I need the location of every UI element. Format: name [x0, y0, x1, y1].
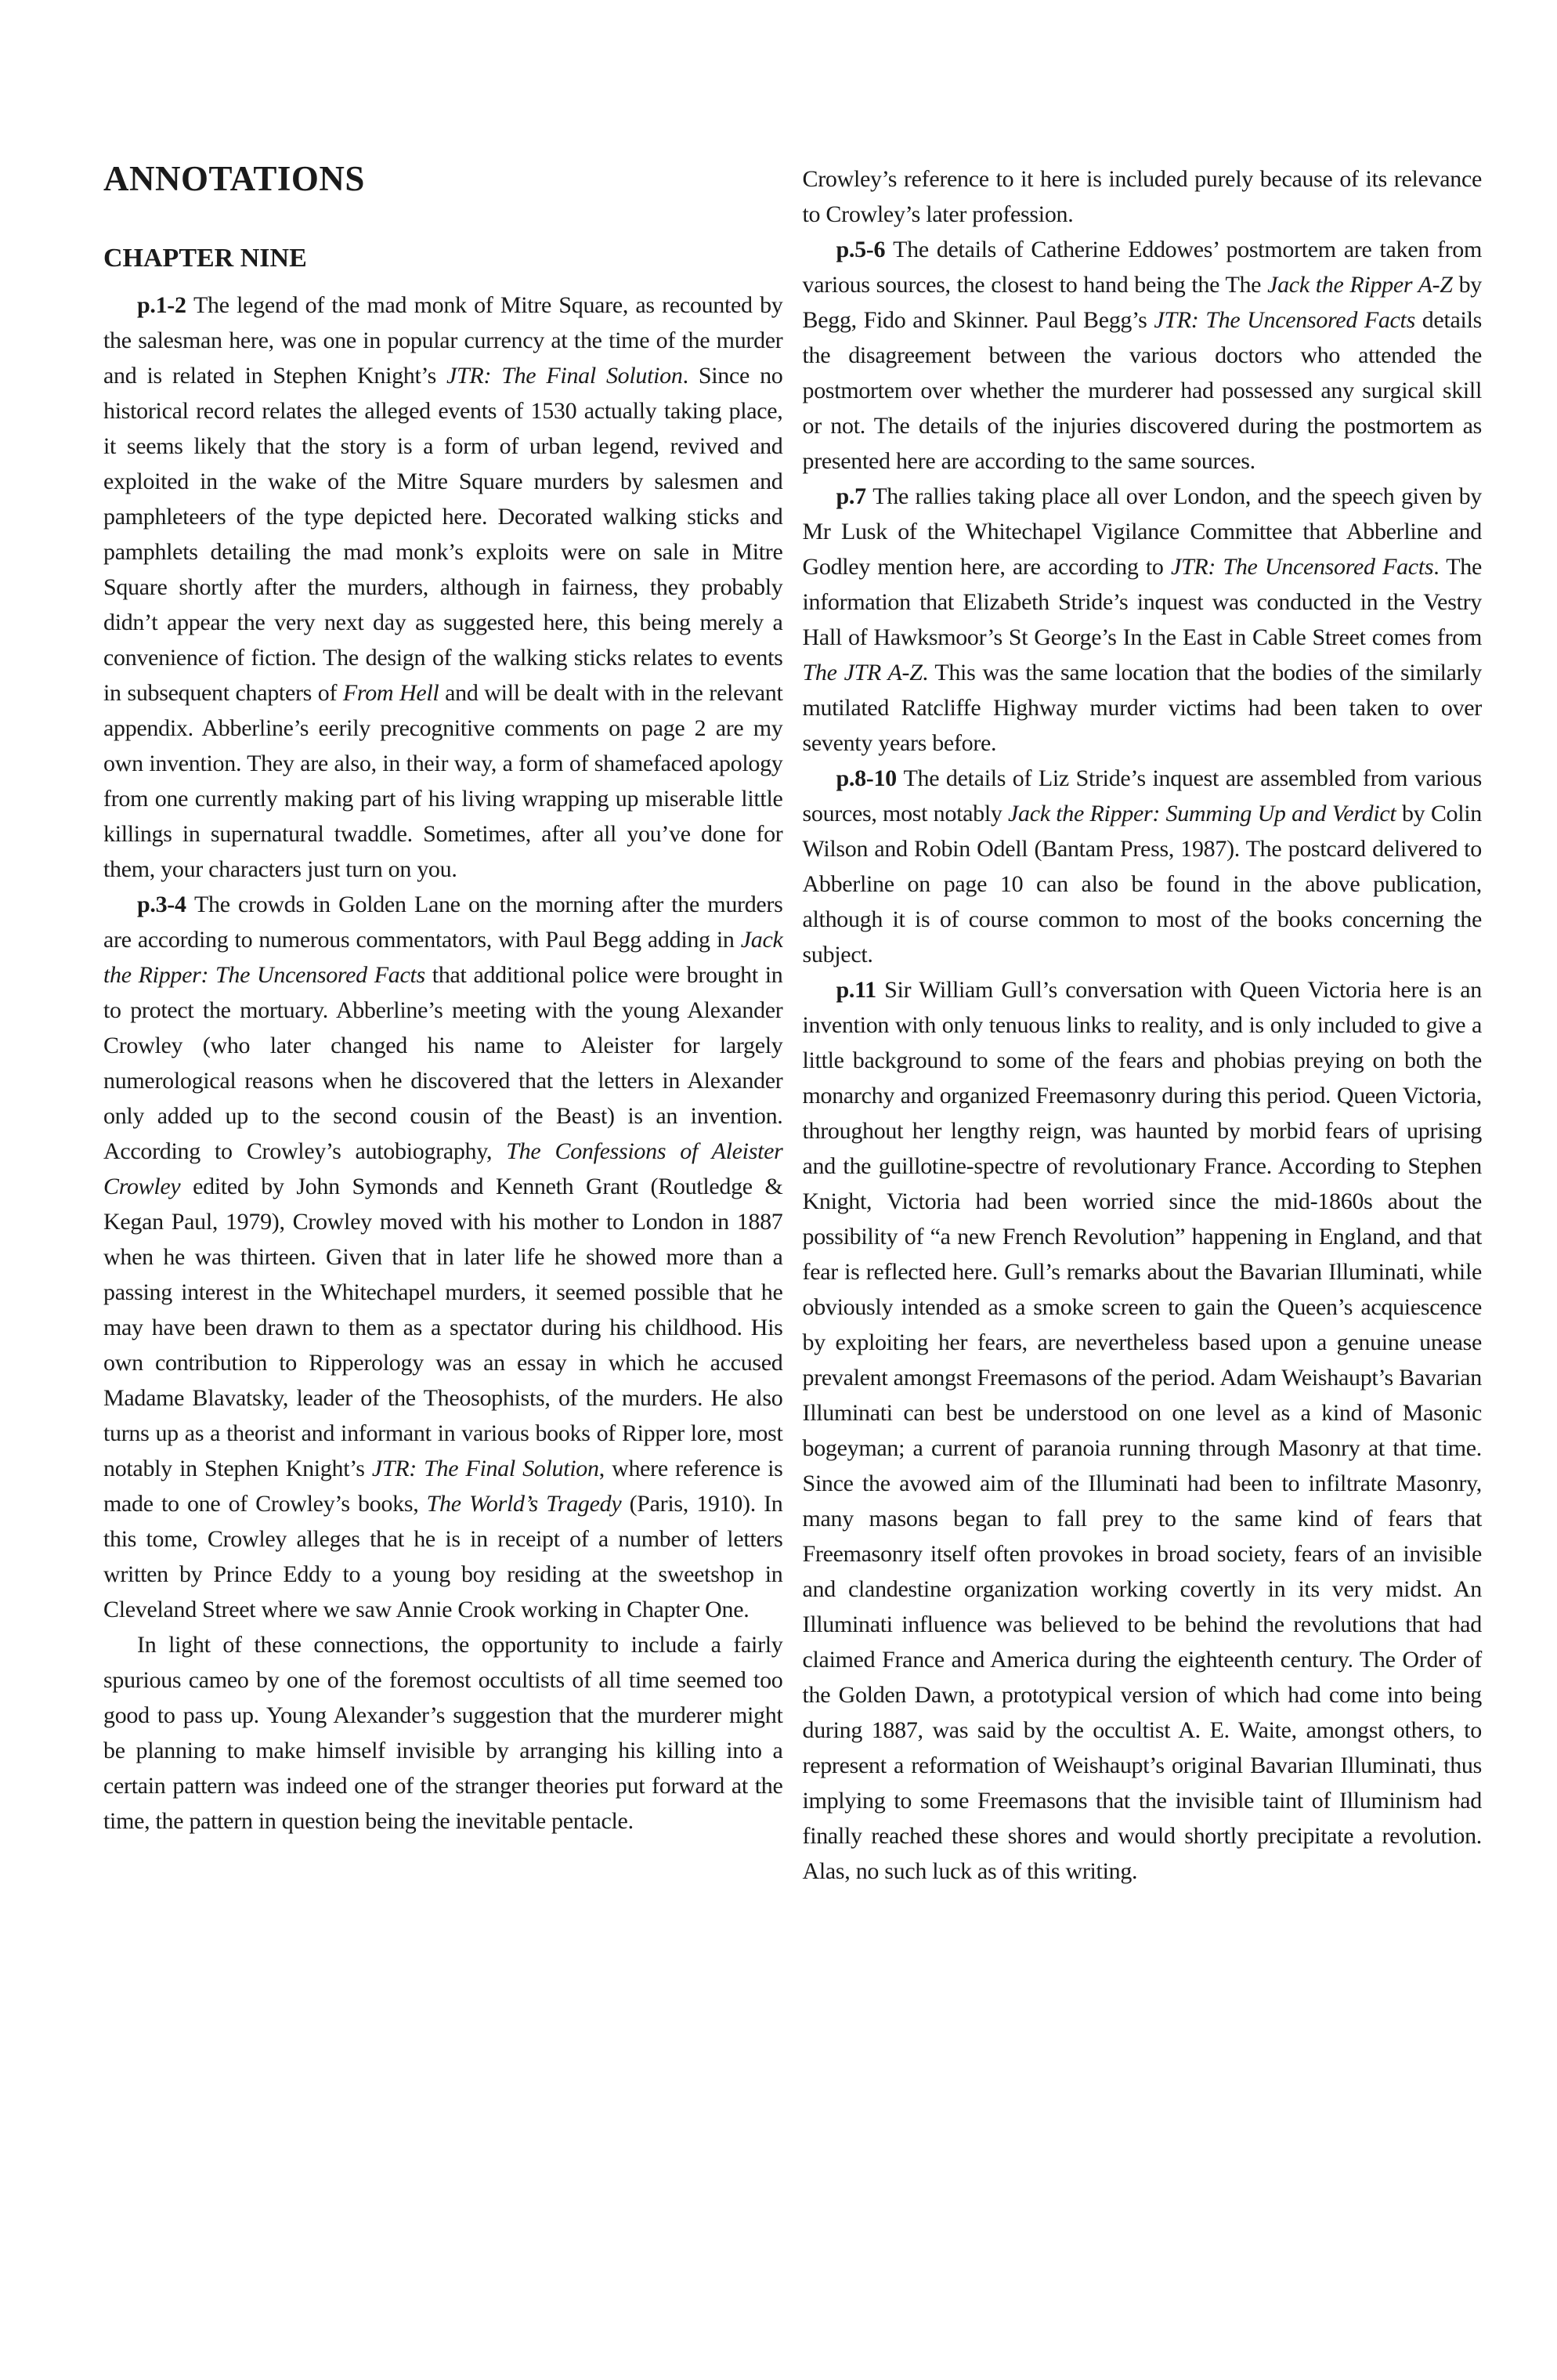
- book-title: JTR: The Final Solution: [446, 363, 683, 389]
- book-title: The JTR A-Z: [803, 660, 923, 685]
- body-text: Sir William Gull’s conversation with Que…: [803, 977, 1483, 1884]
- paragraph: p.1-2 The legend of the mad monk of Mitr…: [103, 288, 783, 887]
- page-title: ANNOTATIONS: [103, 161, 783, 197]
- page-ref-label: p.5-6: [836, 237, 894, 262]
- paragraph: p.5-6 The details of Catherine Eddowes’ …: [803, 232, 1483, 479]
- body-text: edited by John Symonds and Kenneth Grant…: [103, 1174, 783, 1481]
- page-ref-label: p.11: [836, 977, 885, 1003]
- chapter-heading: CHAPTER NINE: [103, 245, 783, 272]
- paragraph: In light of these connections, the oppor…: [103, 1627, 783, 1839]
- right-paragraphs: Crowley’s reference to it here is includ…: [803, 161, 1483, 1889]
- left-paragraphs: p.1-2 The legend of the mad monk of Mitr…: [103, 288, 783, 1839]
- paragraph: p.11 Sir William Gull’s conversation wit…: [803, 972, 1483, 1889]
- page-ref-label: p.1-2: [137, 292, 193, 318]
- book-title: Jack the Ripper A-Z: [1267, 272, 1453, 298]
- paragraph: Crowley’s reference to it here is includ…: [803, 161, 1483, 232]
- page-ref-label: p.8-10: [836, 765, 904, 791]
- right-column: Crowley’s reference to it here is includ…: [803, 161, 1483, 1889]
- left-column: ANNOTATIONS CHAPTER NINE p.1-2 The legen…: [103, 161, 783, 1889]
- body-text: and will be dealt with in the relevant a…: [103, 680, 783, 882]
- book-title: JTR: The Uncensored Facts: [1171, 554, 1433, 580]
- paragraph: p.7 The rallies taking place all over Lo…: [803, 479, 1483, 761]
- body-text: that additional police were brought in t…: [103, 962, 783, 1164]
- paragraph: p.3-4 The crowds in Golden Lane on the m…: [103, 887, 783, 1627]
- body-text: In light of these connections, the oppor…: [103, 1632, 783, 1834]
- body-text: . Since no historical record relates the…: [103, 363, 783, 706]
- book-title: JTR: The Uncensored Facts: [1154, 307, 1415, 333]
- body-text: Crowley’s reference to it here is includ…: [803, 166, 1483, 227]
- book-title: The World’s Tragedy: [427, 1491, 622, 1517]
- page-ref-label: p.3-4: [137, 892, 194, 917]
- book-title: Jack the Ripper: Summing Up and Verdict: [1008, 801, 1396, 826]
- paragraph: p.8-10 The details of Liz Stride’s inque…: [803, 761, 1483, 972]
- book-title: From Hell: [343, 680, 439, 706]
- book-title: JTR: The Final Solution: [372, 1456, 599, 1481]
- page: ANNOTATIONS CHAPTER NINE p.1-2 The legen…: [0, 0, 1557, 1889]
- page-ref-label: p.7: [836, 483, 873, 509]
- body-text: The crowds in Golden Lane on the morning…: [103, 892, 783, 953]
- page-content: ANNOTATIONS CHAPTER NINE p.1-2 The legen…: [0, 0, 1557, 1889]
